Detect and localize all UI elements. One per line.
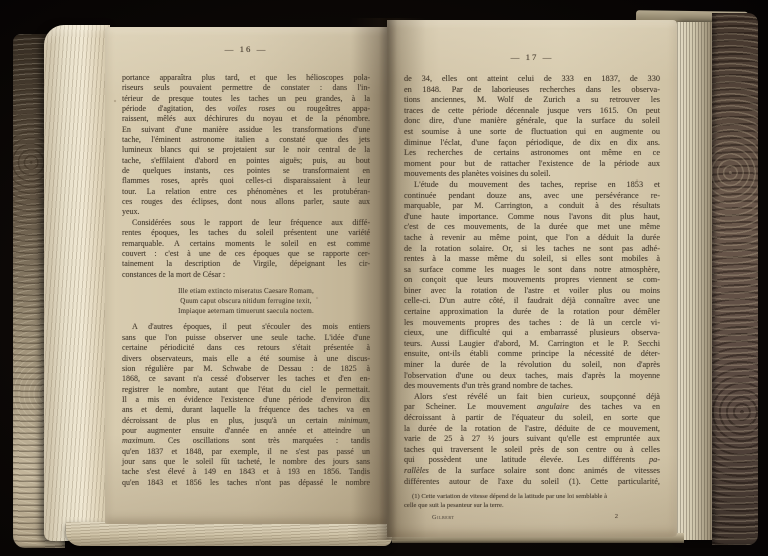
- right-page-content: — 17 — de 34, elles ont atteint celui de…: [404, 52, 660, 525]
- text-line: de la rotation solaire. Or, si les tache…: [404, 244, 660, 255]
- text-line: tache, s'effilaient d'abord en pointes a…: [122, 156, 370, 166]
- text-line: certaine périodicité dans ces retours s'…: [122, 343, 370, 353]
- colophon-row: Gilbert 2: [404, 513, 660, 525]
- text-line: celle-ci. D'un autre côté, il faudrait d…: [404, 296, 660, 307]
- text-line: on conçoit que leurs mouvements propres …: [404, 275, 660, 286]
- text-line: tache, l'éminent astronome italien a con…: [122, 135, 370, 145]
- footnote: (1) Cette variation de vitesse dépend de…: [404, 492, 660, 510]
- text-line: la durée de la rotation de l'astre, dédu…: [404, 424, 660, 435]
- text-line: ans et demi, durant laquelle la fréquenc…: [122, 405, 370, 415]
- text-line: miner la durée de la révolution du solei…: [404, 360, 660, 371]
- text-line: marquable, par M. Carrington, a conduit …: [404, 201, 660, 212]
- text-line: sans que l'on puisse observer une seule …: [122, 333, 370, 343]
- text-line: l'observation d'une ou deux taches, mais…: [404, 371, 660, 382]
- text-line: registrer le nombre, autant que l'état d…: [122, 385, 370, 395]
- text-line: c'est de ces mouvements, de la durée que…: [404, 222, 660, 233]
- text-line: décroissant de plus en plus, jusqu'à un …: [122, 416, 370, 426]
- text-line: donc dire, d'une manière générale, que l…: [404, 116, 660, 127]
- gathering-mark: 2: [615, 513, 618, 520]
- text-line: différentes autour de l'axe du soleil (1…: [404, 477, 660, 488]
- paragraph: A d'autres époques, il peut s'écouler de…: [122, 322, 370, 488]
- text-line: divers observateurs, mais elle a été sou…: [122, 354, 370, 364]
- text-line: Impiaque aeternam timuerunt saecula noct…: [122, 307, 370, 317]
- text-line: térieur de presque toutes les taches un …: [122, 94, 370, 104]
- text-line: Les recherches de certains astronomes on…: [404, 148, 660, 159]
- paragraph: de 34, elles ont atteint celui de 333 en…: [404, 74, 660, 180]
- text-line: rentes à la masse même du soleil, si ell…: [404, 254, 660, 265]
- text-line: varie de 25 à 27 ½ jours suivant qu'elle…: [404, 434, 660, 445]
- page-number-right: — 17 —: [404, 52, 660, 62]
- latin-verse: Ille etiam extincto miseratus Caesare Ro…: [122, 287, 370, 318]
- book-photo: — 16 — portance apparaîtra plus tard, et…: [0, 0, 768, 556]
- text-line: mouvements des planètes voisines du sole…: [404, 169, 660, 180]
- text-line: de quelques instants, ces pointes se tra…: [122, 166, 370, 176]
- text-line: continuée pendant douze ans, avec une pe…: [404, 191, 660, 202]
- text-line: ensuite, ont-ils établi comme principe l…: [404, 349, 660, 360]
- text-line: qui possèdent une latitude élevée. Les d…: [404, 455, 660, 466]
- text-line: riseurs seuls pouvaient permettre de con…: [122, 83, 370, 93]
- text-line: en 1848. Par de laborieuses recherches d…: [404, 85, 660, 96]
- text-line: En suivant d'une manière assidue les tra…: [122, 125, 370, 135]
- text-line: yeux.: [122, 207, 370, 217]
- text-line: décroissant à partir de l'équateur du so…: [404, 413, 660, 424]
- text-line: ces rouges des éclipses, dont nous allon…: [122, 197, 370, 207]
- text-line: remarquable. A certains moments le solei…: [122, 239, 370, 249]
- paragraph: portance apparaîtra plus tard, et que le…: [122, 73, 370, 218]
- paragraph: Considérées sous le rapport de leur fréq…: [122, 218, 370, 280]
- text-line: tache à revenir au même point, que l'on …: [404, 233, 660, 244]
- text-line: période d'agitation, des voiles roses ou…: [122, 104, 370, 114]
- text-line: par Scheiner. Le mouvement angulaire des…: [404, 402, 660, 413]
- text-line: cieux, une difficulté qui a embarrassé p…: [404, 328, 660, 339]
- paragraph: L'étude du mouvement des taches, reprise…: [404, 180, 660, 392]
- text-line: Quum caput obscura nitidum ferrugine tex…: [122, 297, 370, 307]
- text-line: rallèles de la surface solaire sont donc…: [404, 466, 660, 477]
- bottom-page-edges-left: [66, 522, 392, 546]
- text-line: tour. La relation entre ces phénomènes e…: [122, 187, 370, 197]
- right-page-text: de 34, elles ont atteint celui de 333 en…: [404, 74, 660, 487]
- text-line: tions anciennes, M. Wolf de Zurich a su …: [404, 95, 660, 106]
- text-line: Alors s'est révélé un fait bien curieux,…: [404, 392, 660, 403]
- text-line: tainement la description de Virgile, dép…: [122, 259, 370, 269]
- text-line: moment pour but de rattacher l'existence…: [404, 159, 660, 170]
- text-line: des mouvements d'un très grand nombre de…: [404, 381, 660, 392]
- text-line: A d'autres époques, il peut s'écouler de…: [122, 322, 370, 332]
- text-line: tache s'est élevé à 149 en 1843 et à 193…: [122, 467, 370, 477]
- text-line: sa surface comme les nuages le sont dans…: [404, 265, 660, 276]
- text-line: qu'en 1837 et 1848, par exemple, il ne s…: [122, 447, 370, 457]
- text-line: pour augmenter ensuite d'année en année …: [122, 426, 370, 436]
- text-line: lumineux blancs qui se projetaient sur l…: [122, 145, 370, 155]
- right-cover-edge: [712, 13, 758, 545]
- left-page-content: — 16 — portance apparaîtra plus tard, et…: [122, 44, 370, 488]
- text-line: Il a mis en évidence l'existence d'une p…: [122, 395, 370, 405]
- text-line: certaine approximation la durée de la ro…: [404, 307, 660, 318]
- text-line: de 34, elles ont atteint celui de 333 en…: [404, 74, 660, 85]
- signature-mark: Gilbert: [432, 514, 454, 521]
- text-line: d'une haute importance. Comme nous l'avo…: [404, 212, 660, 223]
- text-line: raissent, mêlés aux déchirures du noyau …: [122, 114, 370, 124]
- text-line: rentes époques, les taches du soleil pré…: [122, 228, 370, 238]
- text-line: biner avec la rotation de l'astre et voi…: [404, 286, 660, 297]
- paragraph: Alors s'est révélé un fait bien curieux,…: [404, 392, 660, 487]
- page-number-left: — 16 —: [122, 44, 370, 54]
- text-line: jour sans que le soleil fût tacheté, le …: [122, 457, 370, 467]
- text-line: qu'en 1843 et 1856 les taches n'ont pas …: [122, 478, 370, 488]
- text-line: sion régulière par M. Schwabe de Dessau …: [122, 364, 370, 374]
- text-line: constances de la mort de César :: [122, 270, 370, 280]
- text-line: (1) Cette variation de vitesse dépend de…: [404, 492, 660, 501]
- text-line: flammes roses, après quoi celles-ci disp…: [122, 176, 370, 186]
- text-line: Considérées sous le rapport de leur fréq…: [122, 218, 370, 228]
- text-line: L'étude du mouvement des taches, reprise…: [404, 180, 660, 191]
- text-line: celle que suit la pesanteur sur la terre…: [404, 501, 660, 510]
- text-line: 1868, ce savant n'a cessé d'observer les…: [122, 374, 370, 384]
- text-line: maximum. Ces oscillations sont très marq…: [122, 436, 370, 446]
- text-line: portance apparaîtra plus tard, et que le…: [122, 73, 370, 83]
- text-line: taches qui traversent le soleil près de …: [404, 445, 660, 456]
- text-line: traces de cette période décennale jusque…: [404, 106, 660, 117]
- text-line: est soumise à une sorte de fluctuation q…: [404, 127, 660, 138]
- left-page-text: portance apparaîtra plus tard, et que le…: [122, 73, 370, 488]
- left-page-edges: [44, 25, 110, 541]
- text-line: couvert : c'est à une de ces époques que…: [122, 249, 370, 259]
- text-line: teurs. Aussi Laugier d'abord, M. Carring…: [404, 339, 660, 350]
- text-line: diminue l'éclat, d'une façon périodique,…: [404, 138, 660, 149]
- text-line: Ille etiam extincto miseratus Caesare Ro…: [122, 287, 370, 297]
- text-line: les mouvements propres des taches : de l…: [404, 318, 660, 329]
